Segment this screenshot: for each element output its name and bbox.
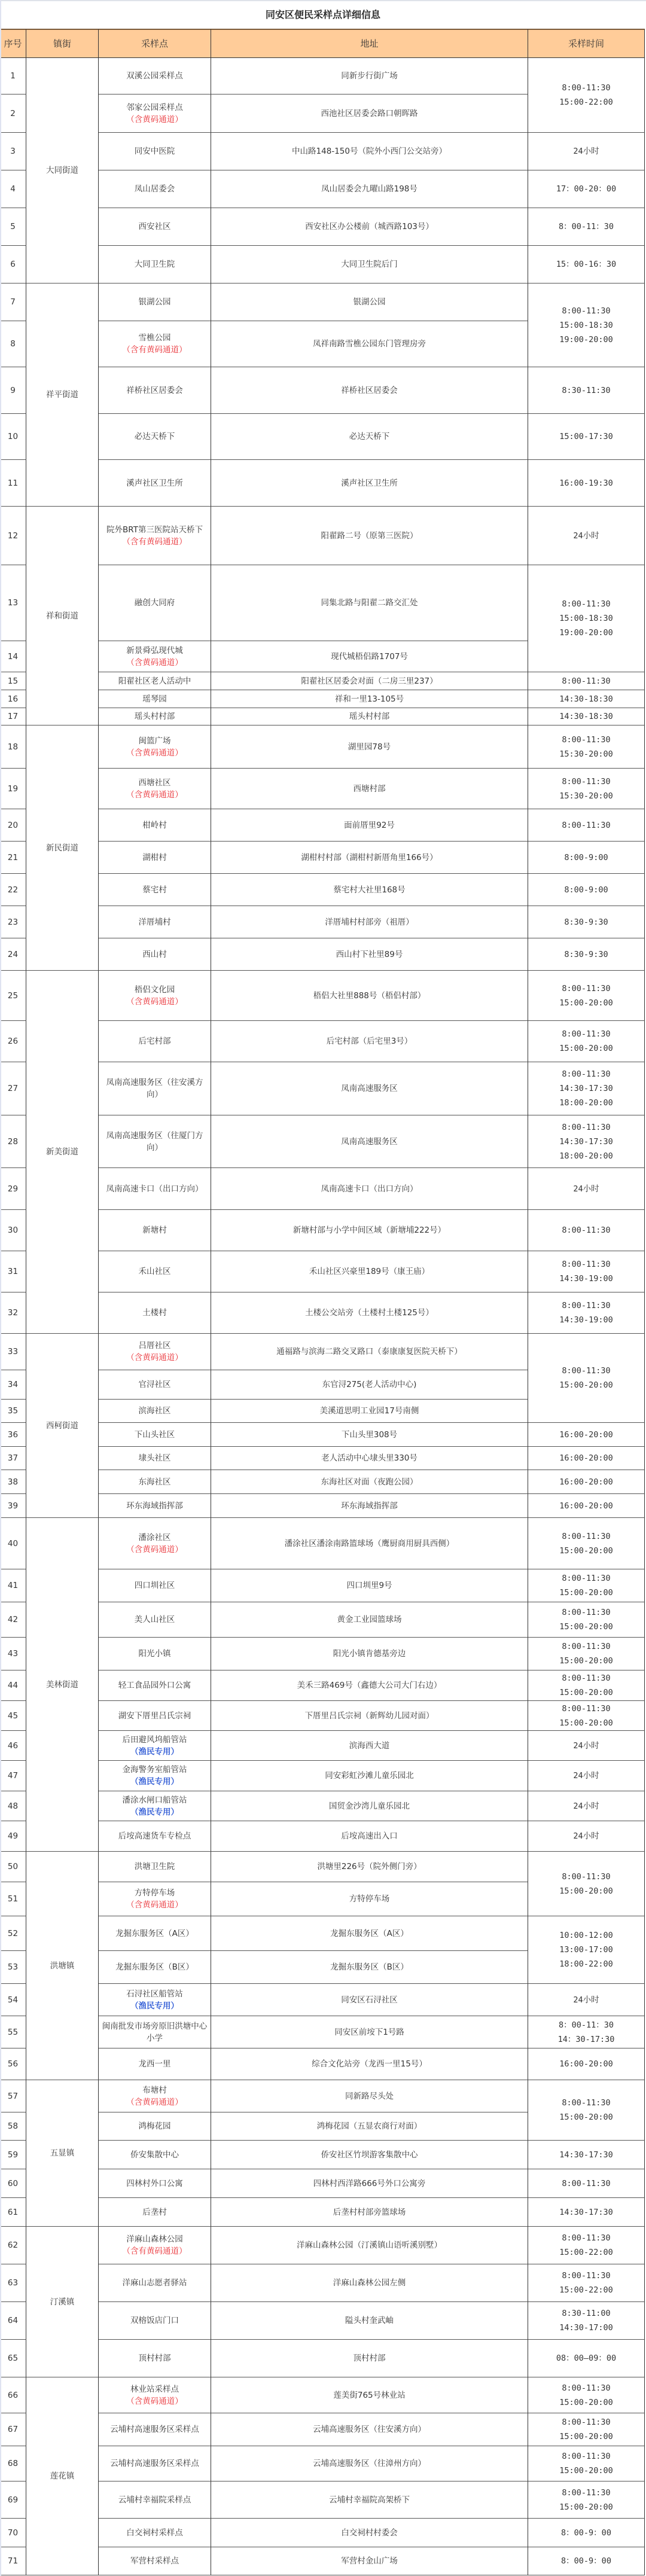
address-text: 同新路尽头处 — [345, 2090, 394, 2102]
time-range: 8:00-11:30 — [562, 1529, 610, 1544]
time-range: 8：00-9：00 — [561, 2526, 611, 2540]
address-text: 祥和一里13-105号 — [335, 693, 404, 705]
row-index-text: 67 — [8, 2423, 18, 2435]
row-index-text: 41 — [8, 1580, 18, 1592]
site-name: 后宅村部 — [99, 1021, 211, 1062]
address: 新塘村部与小学中间区域（新塘埔222号） — [211, 1210, 528, 1251]
header-address: 地址 — [211, 29, 528, 58]
row-index-text: 69 — [8, 2494, 18, 2506]
site-name: 白交祠村采样点 — [99, 2519, 211, 2547]
row-index-text: 68 — [8, 2458, 18, 2470]
address: 滨海西大道 — [211, 1731, 528, 1761]
time-range: 8:00-11:30 — [562, 597, 610, 611]
site-name-text: 方特停车场 — [135, 1887, 175, 1899]
site-name-text: 云埔村高速服务区采样点 — [110, 2423, 199, 2435]
address-text: 方特停车场 — [349, 1893, 390, 1905]
address: 现代城梧侣路1707号 — [211, 641, 528, 672]
time-range: 8:00-11:30 — [562, 1067, 610, 1081]
row-index: 18 — [0, 725, 26, 769]
address-text: 中山路148-150号（院外小西门公交站旁） — [292, 145, 447, 157]
row-index: 6 — [0, 246, 26, 283]
time-range: 24小时 — [573, 1829, 599, 1843]
sampling-time: 8:00-11:3015:00-22:00 — [528, 2264, 645, 2302]
address: 湖里园78号 — [211, 725, 528, 769]
row-index: 25 — [0, 971, 26, 1021]
sampling-time: 8:00-11:3015:00-20:00 — [528, 1334, 645, 1423]
time-range: 15:00-17:30 — [559, 429, 613, 444]
address-text: 梧侣大社里888号（梧侣村部） — [313, 990, 426, 1002]
site-name-text: 凤南高速服务区（往安溪方向） — [101, 1077, 208, 1100]
time-range: 8:00-11:30 — [562, 2231, 610, 2245]
row-index-text: 20 — [8, 819, 18, 831]
address-text: 黄金工业园篮球场 — [337, 1614, 402, 1626]
row-index-text: 17 — [8, 711, 18, 723]
time-range: 15:00-20:00 — [559, 2500, 613, 2514]
address: 下山头里308号 — [211, 1423, 528, 1447]
sampling-time: 8：00-11：3014：30-17:30 — [528, 2016, 645, 2048]
site-name: 湖安下厝里吕氏宗祠 — [99, 1701, 211, 1731]
header-site: 采样点 — [99, 29, 211, 58]
sampling-sites-table: 序号 镇街 采样点 地址 采样时间 1双溪公园采样点同新步行街广场2邻家公园采样… — [0, 0, 646, 2576]
site-name-text: 银湖公园 — [139, 296, 171, 308]
time-range: 24小时 — [573, 529, 599, 543]
sampling-time: 8:30-11:0014:30-17:00 — [528, 2302, 645, 2340]
sampling-time: 8:00-11:3015:00-20:00 — [528, 2080, 645, 2141]
site-name-text: 龙西一里 — [139, 2058, 171, 2070]
address: 西池社区居委会路口朝晖路 — [211, 94, 528, 133]
street-name-text: 西柯街道 — [46, 1420, 78, 1432]
sampling-time: 15:00-17:30 — [528, 414, 645, 460]
header-time: 采样时间 — [528, 29, 645, 58]
sampling-time: 17：00-20：00 — [528, 170, 645, 208]
time-range: 14:30-17:30 — [559, 1081, 613, 1096]
row-index: 47 — [0, 1761, 26, 1791]
row-index: 59 — [0, 2141, 26, 2169]
time-range: 15:00-20:00 — [559, 1654, 613, 1668]
time-range: 8:00-11:30 — [562, 2176, 610, 2191]
site-name-text: 下山头社区 — [135, 1429, 175, 1441]
fisher-only-note: （渔民专用） — [130, 1746, 179, 1758]
address-text: 阳翟路二号（原第三医院） — [321, 530, 418, 542]
time-range: 15:00-20:00 — [559, 2429, 613, 2444]
address: 下厝里吕氏宗祠（新辉幼儿园对面） — [211, 1701, 528, 1731]
yellow-code-note: （含黄码通道） — [126, 1899, 183, 1911]
site-name-text: 凤山居委会 — [135, 183, 175, 195]
site-name: 凤南高速服务区（往安溪方向） — [99, 1062, 211, 1115]
address: 隘头村奎武岫 — [211, 2302, 528, 2340]
site-name: 柑岭村 — [99, 809, 211, 842]
sampling-time: 8:00-11:30 — [528, 1210, 645, 1251]
address-text: 阳翟社区居委会对面（二房三里237） — [301, 675, 437, 687]
row-index: 27 — [0, 1062, 26, 1115]
time-range: 15:30-20:00 — [559, 789, 613, 803]
site-name: 西山村 — [99, 938, 211, 971]
address: 洋厝埔村村部旁（祖厝） — [211, 906, 528, 938]
site-name-text: 后宅村部 — [139, 1035, 171, 1047]
address-text: 云埔村幸福院高架桥下 — [329, 2494, 410, 2506]
address: 军营村金山广场 — [211, 2547, 528, 2575]
sampling-time: 24小时 — [528, 1168, 645, 1210]
address-text: 凤南高速服务区 — [341, 1083, 398, 1095]
time-range: 14:30-19:00 — [559, 1313, 613, 1327]
street-name-text: 莲花镇 — [50, 2470, 75, 2482]
address-text: 阳光小镇肯德基旁边 — [333, 1648, 406, 1660]
row-index: 3 — [0, 133, 26, 170]
row-index: 13 — [0, 565, 26, 641]
row-index: 21 — [0, 842, 26, 874]
site-name: 云埔村高速服务区采样点 — [99, 2413, 211, 2446]
address: 祥桥社区居委会 — [211, 367, 528, 414]
time-range: 13:00-17:00 — [559, 1943, 613, 1957]
address-text: 洋厝埔村村部旁（祖厝） — [325, 916, 414, 928]
site-name: 洪塘卫生院 — [99, 1852, 211, 1882]
sampling-time: 8：00-9：00 — [528, 2519, 645, 2547]
site-name-text: 东海社区 — [139, 1476, 171, 1488]
row-index-text: 2 — [10, 108, 16, 120]
site-name: 轻工食品园外口公寓 — [99, 1670, 211, 1701]
row-index: 67 — [0, 2413, 26, 2446]
address: 国贸金沙湾儿童乐园北 — [211, 1791, 528, 1821]
sampling-time: 15：00-16：30 — [528, 246, 645, 283]
address-text: 同集北路与阳翟二路交汇处 — [321, 597, 418, 609]
address: 洪塘里226号（院外侧门旁） — [211, 1852, 528, 1882]
time-range: 15:00-20:00 — [559, 1884, 613, 1898]
address: 西山村下社里89号 — [211, 938, 528, 971]
row-index: 16 — [0, 690, 26, 708]
sampling-time: 8:00-11:3015:00-22:00 — [528, 2227, 645, 2264]
time-range: 8：00-11：30 — [559, 220, 614, 234]
address: 龙掘东服务区（A区） — [211, 1916, 528, 1951]
address: 禾山社区兴豪里189号（康王庙） — [211, 1251, 528, 1292]
time-range: 8:00-11:30 — [562, 2486, 610, 2500]
row-index-text: 8 — [10, 338, 16, 350]
row-index: 62 — [0, 2227, 26, 2264]
address-text: 面前厝里92号 — [344, 819, 395, 831]
site-name: 溪声社区卫生所 — [99, 460, 211, 507]
row-index-text: 54 — [8, 1994, 18, 2006]
address: 蔡宅村大社里168号 — [211, 874, 528, 906]
address: 美溪道思明工业园17号南侧 — [211, 1400, 528, 1423]
address-text: 隘头村奎武岫 — [345, 2315, 394, 2327]
row-index-text: 26 — [8, 1035, 18, 1047]
row-index: 30 — [0, 1210, 26, 1251]
site-name-text: 洋麻山志愿者驿站 — [123, 2277, 187, 2289]
site-name: 阳翟社区老人活动中 — [99, 672, 211, 690]
address-text: 下山头里308号 — [342, 1429, 397, 1441]
sampling-time: 8:00-11:30 — [528, 2169, 645, 2198]
site-name-text: 后垄村 — [142, 2206, 167, 2218]
sampling-time: 8:00-11:3015:00-18:3019:00-20:00 — [528, 565, 645, 672]
time-range: 8:00-11:30 — [562, 1639, 610, 1654]
sampling-time: 16:00-20:00 — [528, 2048, 645, 2080]
row-index-text: 22 — [8, 884, 18, 896]
site-name-text: 禾山社区 — [139, 1266, 171, 1278]
row-index: 43 — [0, 1638, 26, 1670]
sampling-time: 8:00-11:3014:30-19:00 — [528, 1292, 645, 1334]
row-index-text: 37 — [8, 1452, 18, 1464]
time-range: 15:00-22:00 — [559, 95, 613, 109]
time-range: 14:30-17:30 — [559, 1135, 613, 1149]
yellow-code-note: （含有黄码通道） — [123, 2245, 187, 2257]
address-text: 银湖公园 — [354, 296, 386, 308]
site-name-text: 西安社区 — [139, 221, 171, 233]
time-range: 8:00-11:30 — [562, 1605, 610, 1620]
row-index: 39 — [0, 1494, 26, 1518]
row-index: 64 — [0, 2302, 26, 2340]
row-index-text: 18 — [8, 741, 18, 753]
address-text: 西山村下社里89号 — [336, 949, 403, 961]
address-text: 四林村西洋路666号外口公寓旁 — [313, 2178, 426, 2190]
sampling-time: 8:00-11:3014:30-19:00 — [528, 1251, 645, 1292]
time-range: 15:00-20:00 — [559, 2464, 613, 2478]
time-range: 24小时 — [573, 1799, 599, 1813]
address: 凤南高速服务区 — [211, 1115, 528, 1168]
sampling-time: 8:00-11:3015:30-20:00 — [528, 769, 645, 809]
time-range: 8:00-11:30 — [562, 2096, 610, 2110]
header-street: 镇街 — [26, 29, 99, 58]
site-name-text: 凤南高速服务区（往厦门方向） — [101, 1130, 208, 1154]
time-range: 15:00-18:30 — [559, 611, 613, 626]
street-name-text: 祥平街道 — [46, 389, 78, 401]
time-range: 08：00—09：00 — [556, 2351, 616, 2365]
time-range: 8:00-11:30 — [562, 1120, 610, 1135]
row-index: 69 — [0, 2482, 26, 2519]
sampling-time: 8:00-11:3015:00-18:3019:00-20:00 — [528, 283, 645, 367]
street-name: 祥和街道 — [26, 507, 99, 725]
street-name-text: 新民街道 — [46, 842, 78, 854]
site-name-text: 云埔村高速服务区采样点 — [110, 2458, 199, 2470]
time-range: 15:00-20:00 — [559, 996, 613, 1010]
address: 必达天桥下 — [211, 414, 528, 460]
address: 凤山居委会九曜山路198号 — [211, 170, 528, 208]
address: 梧侣大社里888号（梧侣村部） — [211, 971, 528, 1021]
address: 顶村村部 — [211, 2340, 528, 2377]
address-text: 同安区石浔社区 — [341, 1994, 398, 2006]
time-range: 15:00-20:00 — [559, 1544, 613, 1558]
row-index: 28 — [0, 1115, 26, 1168]
row-index: 31 — [0, 1251, 26, 1292]
address: 云埔高速服务区（往漳州方向） — [211, 2446, 528, 2482]
address-text: 西安社区办公楼前（城西路103号） — [305, 221, 434, 233]
row-index: 56 — [0, 2048, 26, 2080]
site-name-text: 洋厝埔村 — [139, 916, 171, 928]
address: 阳翟路二号（原第三医院） — [211, 507, 528, 565]
street-name: 祥平街道 — [26, 283, 99, 507]
address-text: 四口圳里9号 — [346, 1580, 392, 1592]
row-index: 14 — [0, 641, 26, 672]
sampling-time: 8:00-11:3014:30-17:3018:00-20:00 — [528, 1062, 645, 1115]
site-name-text: 潘涂水闸口船管站 — [123, 1794, 187, 1806]
site-name-text: 蔡宅村 — [142, 884, 167, 896]
row-index-text: 65 — [8, 2352, 18, 2364]
row-index-text: 42 — [8, 1614, 18, 1626]
row-index: 8 — [0, 321, 26, 367]
address-text: 后宅村部（后宅里3号） — [327, 1035, 413, 1047]
address-text: 祥桥社区居委会 — [341, 385, 398, 397]
street-name: 西柯街道 — [26, 1334, 99, 1518]
address-text: 莲美街765号林业站 — [333, 2389, 405, 2401]
yellow-code-note: （含黄码通道） — [126, 114, 183, 126]
yellow-code-note: （含黄码通道） — [126, 2395, 183, 2407]
site-name-text: 洋麻山森林公园 — [126, 2233, 183, 2245]
address: 东海社区对面（夜跑公园） — [211, 1470, 528, 1494]
row-index-text: 38 — [8, 1476, 18, 1488]
row-index: 49 — [0, 1821, 26, 1852]
row-index: 32 — [0, 1292, 26, 1334]
time-range: 15:00-22:00 — [559, 2283, 613, 2297]
time-range: 16:00-19:30 — [559, 476, 613, 490]
address-text: 美禾三路469号（鑫德大公司大门右边） — [297, 1679, 442, 1691]
site-name: 侨安集散中心 — [99, 2141, 211, 2169]
time-range: 8:30-11:00 — [562, 2306, 610, 2321]
site-name-text: 滨海社区 — [139, 1405, 171, 1417]
site-name-text: 湖柑村 — [142, 852, 167, 864]
address-text: 洋麻山森林公园（汀溪镇山语听溪别墅） — [297, 2239, 442, 2251]
site-name: 雪樵公园（含有黄码通道） — [99, 321, 211, 367]
sampling-time: 16:00-20:00 — [528, 1494, 645, 1518]
row-index-text: 55 — [8, 2026, 18, 2038]
address-text: 滨海西大道 — [349, 1740, 390, 1752]
time-range: 16:00-20:00 — [559, 1475, 613, 1489]
time-range: 8:00-11:30 — [562, 2449, 610, 2464]
row-index-text: 59 — [8, 2149, 18, 2161]
site-name-text: 闽篮广场 — [139, 735, 171, 747]
row-index: 5 — [0, 208, 26, 246]
row-index-text: 62 — [8, 2239, 18, 2251]
time-range: 8:30-11:30 — [562, 383, 610, 398]
row-index-text: 23 — [8, 916, 18, 928]
row-index-text: 40 — [8, 1538, 18, 1550]
row-index-text: 3 — [10, 145, 16, 157]
sampling-time: 14:30-17:30 — [528, 2141, 645, 2169]
address: 同新路尽头处 — [211, 2080, 528, 2112]
site-name: 闽篮广场（含黄码通道） — [99, 725, 211, 769]
address-text: 白交祠村村委会 — [341, 2527, 398, 2539]
address-text: 新塘村部与小学中间区域（新塘埔222号） — [293, 1224, 446, 1236]
sampling-time: 16:00-19:30 — [528, 460, 645, 507]
row-index-text: 46 — [8, 1740, 18, 1752]
sampling-time: 24小时 — [528, 1761, 645, 1791]
site-name: 军营村采样点 — [99, 2547, 211, 2575]
row-index-text: 35 — [8, 1405, 18, 1417]
site-name: 顶村村部 — [99, 2340, 211, 2377]
sampling-time: 24小时 — [528, 1821, 645, 1852]
site-name-text: 龙掘东服务区（B区） — [115, 1961, 194, 1973]
site-name-text: 阳翟社区老人活动中 — [118, 675, 191, 687]
time-range: 14:30-17:00 — [559, 2321, 613, 2335]
street-name: 美林街道 — [26, 1518, 99, 1852]
address-text: 同安区前垵下1号路 — [334, 2026, 404, 2038]
address: 大同卫生院后门 — [211, 246, 528, 283]
address-text: 综合文化站旁（龙西一里15号） — [312, 2058, 427, 2070]
site-name-text: 瑶头村村部 — [135, 711, 175, 723]
site-name: 东海社区 — [99, 1470, 211, 1494]
time-range: 8:00-11:30 — [562, 2415, 610, 2429]
street-name-text: 祥和街道 — [46, 610, 78, 622]
address: 西塘村部 — [211, 769, 528, 809]
sampling-time: 8:00-11:3015:00-20:00 — [528, 1602, 645, 1638]
address: 祥和一里13-105号 — [211, 690, 528, 708]
row-index: 19 — [0, 769, 26, 809]
sampling-time: 14:30-17:30 — [528, 2198, 645, 2227]
time-range: 14：30-17:30 — [558, 2032, 615, 2047]
row-index: 53 — [0, 1951, 26, 1984]
address: 中山路148-150号（院外小西门公交站旁） — [211, 133, 528, 170]
yellow-code-note: （含黄码通道） — [126, 1544, 183, 1556]
sampling-time: 8：00-9：00 — [528, 2547, 645, 2575]
yellow-code-note: （含有黄码通道） — [123, 344, 187, 356]
row-index-text: 60 — [8, 2178, 18, 2190]
address-text: 军营村金山广场 — [341, 2555, 398, 2567]
sampling-time: 16:00-20:00 — [528, 1447, 645, 1470]
sampling-time: 8:00-11:3015:30-20:00 — [528, 725, 645, 769]
time-range: 8:00-9:00 — [564, 850, 608, 865]
site-name-text: 吕厝社区 — [139, 1340, 171, 1352]
site-name: 龙掘东服务区（A区） — [99, 1916, 211, 1951]
site-name-text: 邻家公园采样点 — [126, 102, 183, 114]
row-index-text: 12 — [8, 530, 18, 542]
sampling-time: 8:00-11:3015:00-20:00 — [528, 1852, 645, 1916]
street-name-text: 大同街道 — [46, 164, 78, 176]
address: 莲美街765号林业站 — [211, 2377, 528, 2413]
street-name: 新民街道 — [26, 725, 99, 971]
address-text: 鸿梅花园（五显农商行对面） — [317, 2120, 422, 2132]
address: 环东海域指挥部 — [211, 1494, 528, 1518]
fisher-only-note: （渔民专用） — [130, 2000, 179, 2012]
row-index: 33 — [0, 1334, 26, 1370]
fisher-only-note: （渔民专用） — [130, 1776, 179, 1788]
row-index-text: 47 — [8, 1770, 18, 1782]
site-name: 双榕饭店门口 — [99, 2302, 211, 2340]
row-index: 11 — [0, 460, 26, 507]
site-name-text: 凤南高速卡口（出口方向） — [106, 1183, 203, 1195]
site-name: 新塘村 — [99, 1210, 211, 1251]
row-index: 7 — [0, 283, 26, 321]
site-name: 凤山居委会 — [99, 170, 211, 208]
site-name: 林业站采样点（含黄码通道） — [99, 2377, 211, 2413]
row-index: 40 — [0, 1518, 26, 1569]
yellow-code-note: （含黄码通道） — [126, 747, 183, 759]
address: 鸿梅花园（五显农商行对面） — [211, 2112, 528, 2141]
site-name-text: 祥桥社区居委会 — [126, 385, 183, 397]
time-range: 19:00-20:00 — [559, 333, 613, 347]
site-name: 瑶头村村部 — [99, 708, 211, 725]
site-name: 瑶琴园 — [99, 690, 211, 708]
site-name-text: 院外BRT第三医院站天桥下 — [106, 524, 203, 536]
street-name: 五显镇 — [26, 2080, 99, 2227]
time-range: 8:00-11:30 — [562, 733, 610, 747]
site-name: 鸿梅花园 — [99, 2112, 211, 2141]
sampling-time: 8:00-11:3015:00-20:00 — [528, 1701, 645, 1731]
row-index-text: 9 — [10, 385, 16, 397]
address: 老人活动中心埭头里330号 — [211, 1447, 528, 1470]
row-index-text: 1 — [10, 70, 16, 82]
street-name: 汀溪镇 — [26, 2227, 99, 2377]
site-name-text: 新景舜弘现代城 — [126, 645, 183, 657]
row-index-text: 70 — [8, 2527, 18, 2539]
row-index-text: 24 — [8, 949, 18, 961]
site-name-text: 必达天桥下 — [135, 431, 175, 443]
time-range: 15:00-22:00 — [559, 2245, 613, 2260]
row-index: 4 — [0, 170, 26, 208]
time-range: 15:00-20:00 — [559, 2395, 613, 2410]
time-range: 15:00-20:00 — [559, 2110, 613, 2124]
address: 东官浔275(老人活动中心) — [211, 1370, 528, 1400]
site-name-text: 美人山社区 — [135, 1614, 175, 1626]
site-name-text: 瑶琴园 — [142, 693, 167, 705]
sampling-time: 8:00-11:3015:00-20:00 — [528, 1670, 645, 1701]
address-text: 禾山社区兴豪里189号（康王庙） — [309, 1266, 429, 1278]
